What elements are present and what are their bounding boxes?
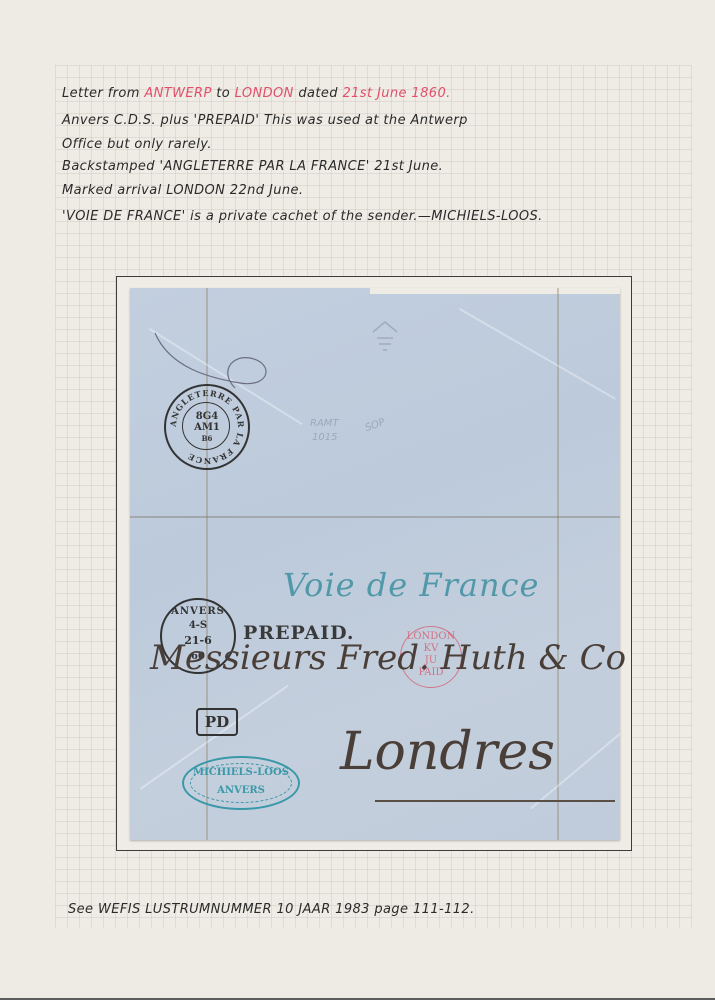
pd-paid-destination-mark: PD (196, 708, 238, 736)
cds-city: ANVERS (162, 606, 234, 617)
address-line-2: Londres (340, 722, 555, 782)
backstamp-day: B6 (166, 433, 248, 444)
note-line-3: Office but only rarely. (62, 137, 212, 152)
pencil-note: RAMT (310, 418, 339, 429)
fold-line-horizontal (130, 516, 620, 518)
note-line-1: Letter from ANTWERP to LONDON dated 21st… (62, 86, 451, 101)
cds-time: 4-S (162, 620, 234, 631)
note-text: dated (294, 86, 343, 101)
destination-city: LONDON (235, 86, 294, 101)
note-text: Letter from (62, 86, 144, 101)
envelope-notch (370, 288, 620, 294)
sender-name: MICHIELS-LOOS (184, 767, 298, 778)
voie-de-france-cachet: Voie de France (283, 566, 539, 604)
sender-city: ANVERS (184, 785, 298, 796)
address-line-1: Messieurs Fred. Huth & Co (150, 638, 626, 678)
backstamp-center: 8G4 AM1 B6 (166, 411, 248, 444)
letter-date: 21st June 1860. (342, 86, 450, 101)
embossed-seal-icon (365, 318, 405, 358)
pencil-note: 1015 (312, 432, 337, 443)
backstamp-time: AM1 (166, 422, 248, 433)
backstamp-angleterre: ANGLETERRE PAR LA FRANCE 8G4 AM1 B6 (164, 384, 250, 470)
reference-note: See WEFIS LUSTRUMNUMMER 10 JAAR 1983 pag… (68, 902, 475, 917)
backstamp-code: 8G4 (166, 411, 248, 422)
fold-line-vertical-right (557, 288, 559, 840)
note-line-6: 'VOIE DE FRANCE' is a private cachet of … (62, 209, 543, 224)
origin-city: ANTWERP (144, 86, 211, 101)
note-line-4: Backstamped 'ANGLETERRE PAR LA FRANCE' 2… (62, 159, 443, 174)
crease-diagonal (459, 308, 616, 400)
note-line-2: Anvers C.D.S. plus 'PREPAID' This was us… (62, 113, 468, 128)
note-text: to (212, 86, 235, 101)
address-underline (375, 800, 615, 802)
note-line-5: Marked arrival LONDON 22nd June. (62, 183, 303, 198)
michiels-loos-sender-cachet: MICHIELS-LOOS ANVERS (182, 756, 300, 810)
